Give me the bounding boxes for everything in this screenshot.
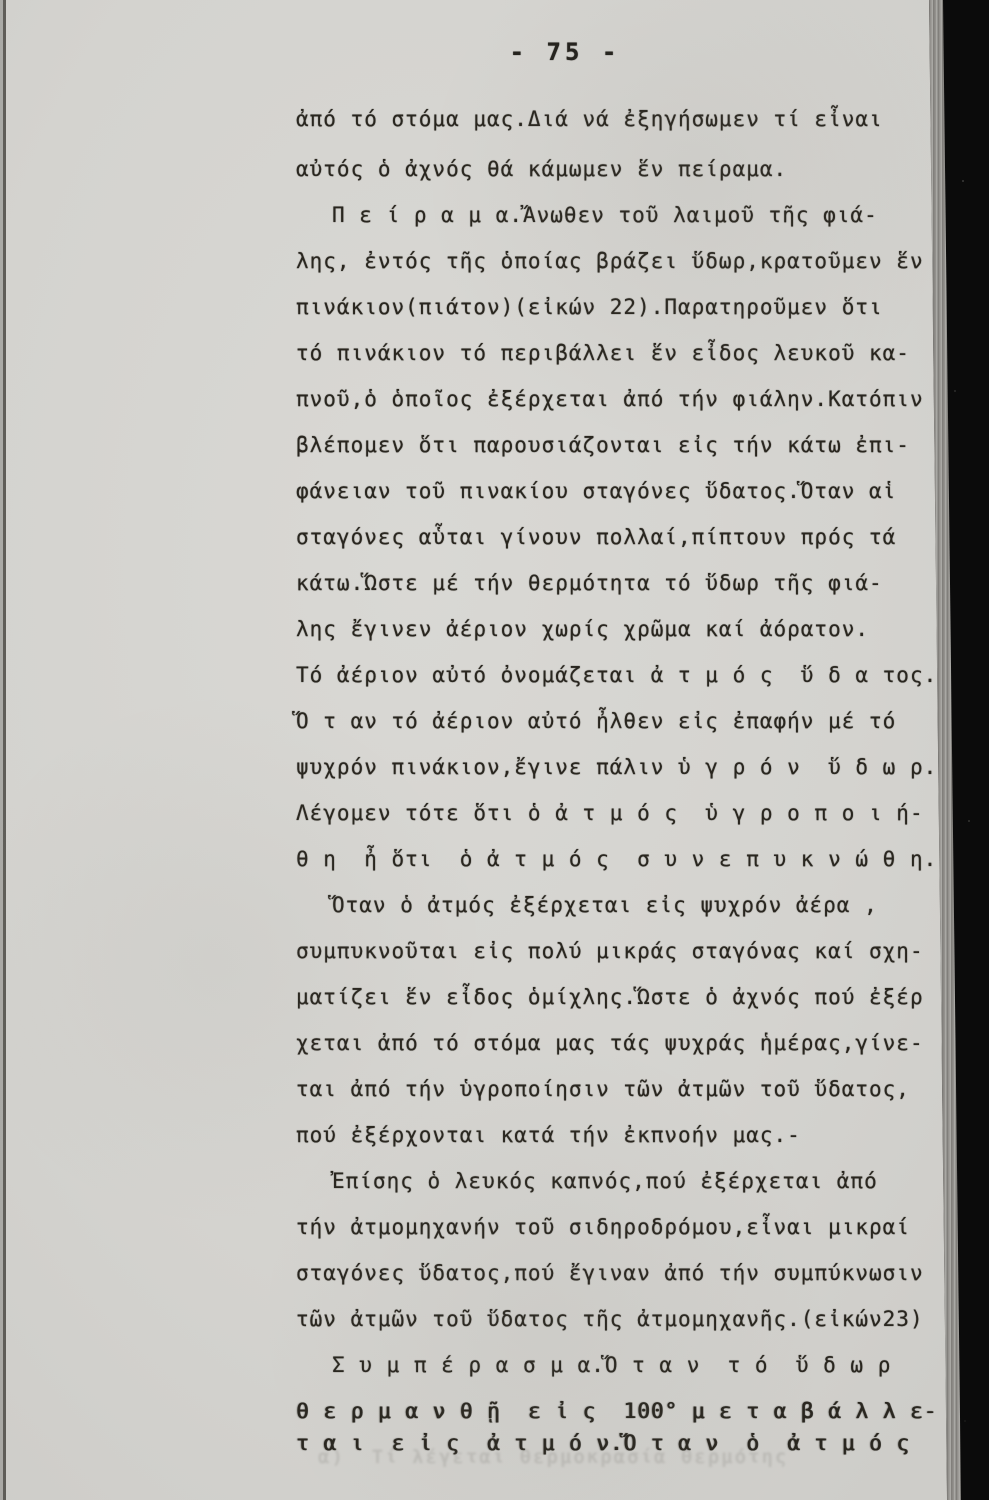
text-line: πού ἐξέρχονται κατά τήν ἐκπνοήν μας.- bbox=[296, 1112, 944, 1158]
text-line: σταγόνες αὗται γίνουν πολλαί,πίπτουν πρό… bbox=[296, 514, 944, 560]
text-line: χεται ἀπό τό στόμα μας τάς ψυχράς ἡμέρας… bbox=[296, 1020, 944, 1066]
page-number: - 75 - bbox=[505, 38, 625, 66]
paper-sheet: - 75 - ἀπό τό στόμα μας.Διά νά ἐξηγήσωμε… bbox=[0, 0, 989, 1500]
text-line: σταγόνες ὕδατος,πού ἔγιναν ἀπό τήν συμπύ… bbox=[296, 1250, 944, 1296]
text-line: Τό ἀέριον αὐτό ὀνομάζεται ἀ τ μ ό ς ὕ δ … bbox=[296, 652, 944, 698]
text-line: αὐτός ὁ ἀχνός θά κάμωμεν ἕν πείραμα. bbox=[296, 146, 944, 192]
text-line: τῶν ἀτμῶν τοῦ ὕδατος τῆς ἀτμομηχανῆς.(εἰ… bbox=[296, 1296, 944, 1342]
text-line: Ἐπίσης ὁ λευκός καπνός,πού ἐξέρχεται ἀπό bbox=[296, 1158, 944, 1204]
left-binding-edge bbox=[0, 0, 8, 1500]
text-line: ται ἀπό τήν ὑγροποίησιν τῶν ἀτμῶν τοῦ ὕδ… bbox=[296, 1066, 944, 1112]
text-line: λης ἔγινεν ἀέριον χωρίς χρῶμα καί ἀόρατο… bbox=[296, 606, 944, 652]
text-line: φάνειαν τοῦ πινακίου σταγόνες ὕδατος.Ὅτα… bbox=[296, 468, 944, 514]
text-line: Σ υ μ π έ ρ α σ μ α.Ὅ τ α ν τ ό ὕ δ ω ρ bbox=[296, 1342, 944, 1388]
scanned-page: - 75 - ἀπό τό στόμα μας.Διά νά ἐξηγήσωμε… bbox=[0, 0, 989, 1500]
text-line: τό πινάκιον τό περιβάλλει ἕν εἶδος λευκο… bbox=[296, 330, 944, 376]
text-line: συμπυκνοῦται εἰς πολύ μικράς σταγόνας κα… bbox=[296, 928, 944, 974]
text-line: θ η ἦ ὅτι ὁ ἀ τ μ ό ς σ υ ν ε π υ κ ν ώ … bbox=[296, 836, 944, 882]
text-block: ἀπό τό στόμα μας.Διά νά ἐξηγήσωμεν τί εἶ… bbox=[296, 96, 944, 1466]
text-line: πινάκιον(πιάτον)(εἰκών 22).Παρατηροῦμεν … bbox=[296, 284, 944, 330]
text-line: Ὅταν ὁ ἀτμός ἐξέρχεται εἰς ψυχρόν ἀέρα , bbox=[296, 882, 944, 928]
text-line: Ὅ τ αν τό ἀέριον αὐτό ἦλθεν εἰς ἐπαφήν μ… bbox=[296, 698, 944, 744]
text-line: Λέγομεν τότε ὅτι ὁ ἀ τ μ ό ς ὑ γ ρ ο π ο… bbox=[296, 790, 944, 836]
text-line: ψυχρόν πινάκιον,ἔγινε πάλιν ὑ γ ρ ό ν ὕ … bbox=[296, 744, 944, 790]
text-line: ματίζει ἕν εἶδος ὁμίχλης.Ὥστε ὁ ἀχνός πο… bbox=[296, 974, 944, 1020]
bleed-through-text: α) Τί λέγεται θερμοκρασία θερμότης bbox=[318, 1446, 838, 1468]
text-line: βλέπομεν ὅτι παρουσιάζονται εἰς τήν κάτω… bbox=[296, 422, 944, 468]
text-line: Π ε ί ρ α μ α.Ἄνωθεν τοῦ λαιμοῦ τῆς φιά- bbox=[296, 192, 944, 238]
text-line: πνοῦ,ὁ ὁποῖος ἐξέρχεται ἀπό τήν φιάλην.Κ… bbox=[296, 376, 944, 422]
text-line: ἀπό τό στόμα μας.Διά νά ἐξηγήσωμεν τί εἶ… bbox=[296, 96, 944, 142]
text-line: κάτω.Ὥστε μέ τήν θερμότητα τό ὕδωρ τῆς φ… bbox=[296, 560, 944, 606]
text-line: λης, ἐντός τῆς ὁποίας βράζει ὕδωρ,κρατοῦ… bbox=[296, 238, 944, 284]
text-line: τήν ἀτμομηχανήν τοῦ σιδηροδρόμου,εἶναι μ… bbox=[296, 1204, 944, 1250]
dust-speck bbox=[962, 180, 964, 182]
